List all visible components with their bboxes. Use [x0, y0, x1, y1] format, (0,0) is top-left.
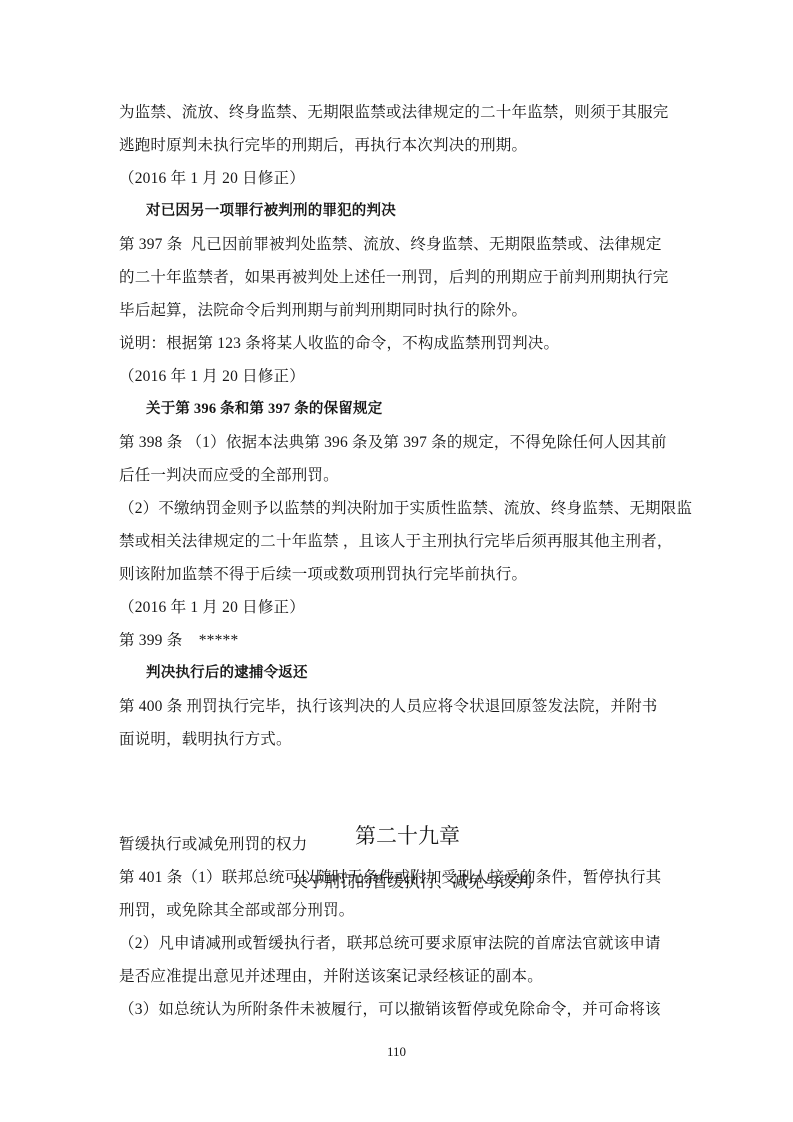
paragraph-line: 毕后起算，法院命令后判刑期与前判刑期同时执行的除外。 [119, 294, 681, 327]
article-line: 第 399 条 ***** [119, 624, 681, 657]
document-body: 为监禁、流放、终身监禁、无期限监禁或法律规定的二十年监禁，则须于其服完 逃跑时原… [119, 96, 681, 1026]
paragraph-line: 是否应准提出意见并述理由，并附送该案记录经核证的副本。 [119, 960, 681, 993]
chapter-heading: 第二十九章 关于刑罚的暂缓执行、减免与改判 [119, 770, 681, 814]
paragraph-line: 禁或相关法律规定的二十年监禁 ，且该人于主刑执行完毕后须再服其他主刑者， [119, 525, 681, 558]
page-number: 110 [0, 1042, 793, 1062]
paragraph-line: 逃跑时原判未执行完毕的刑期后，再执行本次判决的刑期。 [119, 129, 681, 162]
revision-note: （2016 年 1 月 20 日修正） [119, 591, 681, 624]
paragraph-line: （2）不缴纳罚金则予以监禁的判决附加于实质性监禁、流放、终身监禁、无期限监 [119, 492, 681, 525]
paragraph-line: 为监禁、流放、终身监禁、无期限监禁或法律规定的二十年监禁，则须于其服完 [119, 96, 681, 129]
paragraph-line: 面说明，载明执行方式。 [119, 723, 681, 756]
paragraph-line: （2）凡申请减刑或暂缓执行者，联邦总统可要求原审法院的首席法官就该申请 [119, 927, 681, 960]
section-heading: 判决执行后的逮捕令返还 [119, 657, 681, 690]
document-page: 为监禁、流放、终身监禁、无期限监禁或法律规定的二十年监禁，则须于其服完 逃跑时原… [0, 0, 793, 1122]
chapter-number: 第二十九章 [355, 824, 460, 848]
section-heading: 对已因另一项罪行被判刑的罪犯的判决 [119, 195, 681, 228]
article-line: 第 401 条（1）联邦总统可以随时无条件或附加受刑人接受的条件，暂停执行其 [119, 861, 681, 894]
article-line: 第 398 条 （1）依据本法典第 396 条及第 397 条的规定，不得免除任… [119, 426, 681, 459]
paragraph-line: 的二十年监禁者，如果再被判处上述任一刑罚，后判的刑期应于前判刑期执行完 [119, 261, 681, 294]
paragraph-line: 后任一判决而应受的全部刑罚。 [119, 459, 681, 492]
revision-note: （2016 年 1 月 20 日修正） [119, 360, 681, 393]
revision-note: （2016 年 1 月 20 日修正） [119, 162, 681, 195]
section-heading: 关于第 396 条和第 397 条的保留规定 [119, 393, 681, 426]
article-line: 第 400 条 刑罚执行完毕，执行该判决的人员应将令状退回原签发法院，并附书 [119, 690, 681, 723]
note-line: 说明：根据第 123 条将某人收监的命令，不构成监禁刑罚判决。 [119, 327, 681, 360]
article-line: 第 397 条 凡已因前罪被判处监禁、流放、终身监禁、无期限监禁或、法律规定 [119, 228, 681, 261]
paragraph-line: （3）如总统认为所附条件未被履行，可以撤销该暂停或免除命令，并可命将该 [119, 993, 681, 1026]
paragraph-line: 则该附加监禁不得于后续一项或数项刑罚执行完毕前执行。 [119, 558, 681, 591]
